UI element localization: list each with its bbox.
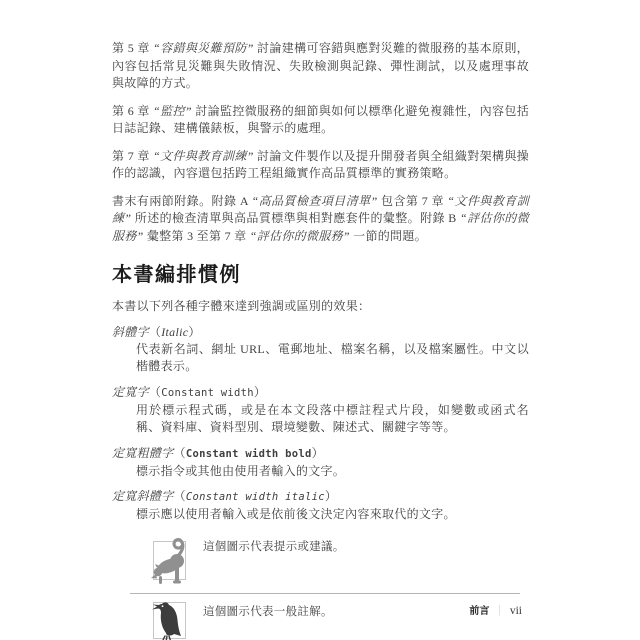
text-segment: ） [254, 385, 266, 399]
text-segment: “容錯與災難預防” [153, 41, 254, 55]
text-segment: ） [188, 325, 200, 339]
convention-desc: 代表新名詞、網址 URL、電郵地址、檔案名稱，以及檔案屬性。中文以楷體表示。 [112, 341, 529, 376]
text-segment: （ [174, 446, 186, 460]
text-segment: 包含第 7 章 [378, 194, 448, 208]
section-title: 本書編排慣例 [112, 263, 529, 287]
convention-desc: 標示指令或其他由使用者輸入的文字。 [112, 463, 529, 481]
text-segment: ） [325, 489, 337, 503]
text-segment: 第 6 章 [112, 104, 153, 118]
text-segment: 定寬字 [112, 385, 149, 399]
note-icon-box [150, 600, 190, 640]
text-segment: 一節的問題。 [350, 229, 427, 243]
text-segment: 定寬斜體字 [112, 489, 174, 503]
convention-term: 定寬字（Constant width） [112, 383, 529, 402]
text-segment: Constant width [161, 387, 254, 399]
text-segment: ） [312, 446, 324, 460]
tip-icon-box [150, 535, 190, 589]
text-segment: 彙整第 3 至第 7 章 [144, 229, 250, 243]
text-segment: “文件與教育訓練” [153, 149, 254, 163]
convention-desc: 用於標示程式碼，或是在本文段落中標註程式片段，如變數或函式名稱、資料庫、資料型別… [112, 402, 529, 437]
book-page: 第 5 章 “容錯與災難預防” 討論建構可容錯與應對災難的微服務的基本原則，內容… [0, 0, 640, 640]
text-segment: （ [149, 325, 161, 339]
text-segment: 定寬粗體字 [112, 446, 174, 460]
note-text: 這個圖示代表一般註解。 [203, 603, 333, 621]
convention-constant-width-bold: 定寬粗體字（Constant width bold） 標示指令或其他由使用者輸入… [112, 444, 529, 481]
paragraph-chapter-7: 第 7 章 “文件與教育訓練” 討論文件製作以及提升開發者與全組織對架構與操作的… [112, 148, 529, 183]
text-segment: 斜體字 [112, 325, 149, 339]
tip-note: 這個圖示代表提示或建議。 [150, 535, 529, 589]
text-segment: 書末有兩節附錄。附錄 A [112, 194, 252, 208]
text-segment: 第 5 章 [112, 41, 153, 55]
text-segment: “監控” [153, 104, 192, 118]
convention-desc: 標示應以使用者輸入或是依前後文決定內容來取代的文字。 [112, 506, 529, 524]
text-segment: “評估你的微服務” [250, 229, 350, 243]
paragraph-chapter-5: 第 5 章 “容錯與災難預防” 討論建構可容錯與應對災難的微服務的基本原則，內容… [112, 40, 529, 93]
text-segment: （ [149, 385, 161, 399]
convention-constant-width-italic: 定寬斜體字（Constant width italic） 標示應以使用者輸入或是… [112, 487, 529, 524]
convention-term: 斜體字（Italic） [112, 323, 529, 341]
text-segment: Constant width bold [186, 448, 312, 460]
paragraph-appendices: 書末有兩節附錄。附錄 A “高品質檢查項目清單” 包含第 7 章 “文件與教育訓… [112, 193, 529, 246]
text-segment: Constant width italic [186, 491, 325, 503]
general-note: 這個圖示代表一般註解。 [150, 600, 529, 640]
convention-term: 定寬粗體字（Constant width bold） [112, 444, 529, 463]
convention-constant-width: 定寬字（Constant width） 用於標示程式碼，或是在本文段落中標註程式… [112, 383, 529, 437]
lemur-icon [150, 535, 190, 589]
text-segment: 第 7 章 [112, 149, 153, 163]
paragraph-chapter-6: 第 6 章 “監控” 討論監控微服務的細節與如何以標準化避免複雜性，內容包括日誌… [112, 103, 529, 138]
text-segment: （ [174, 489, 186, 503]
note-text: 這個圖示代表提示或建議。 [203, 538, 345, 556]
section-lead: 本書以下列各種字體來達到強調或區別的效果： [112, 298, 529, 316]
text-segment: “高品質檢查項目清單” [252, 194, 378, 208]
convention-term: 定寬斜體字（Constant width italic） [112, 487, 529, 506]
convention-italic: 斜體字（Italic） 代表新名詞、網址 URL、電郵地址、檔案名稱，以及檔案屬… [112, 323, 529, 376]
page-content: 第 5 章 “容錯與災難預防” 討論建構可容錯與應對災難的微服務的基本原則，內容… [112, 40, 529, 640]
crow-icon [150, 600, 190, 640]
text-segment: 所述的檢查清單與高品質標準與相對應套件的彙整。附錄 B [131, 211, 460, 225]
text-segment: Italic [161, 325, 188, 339]
